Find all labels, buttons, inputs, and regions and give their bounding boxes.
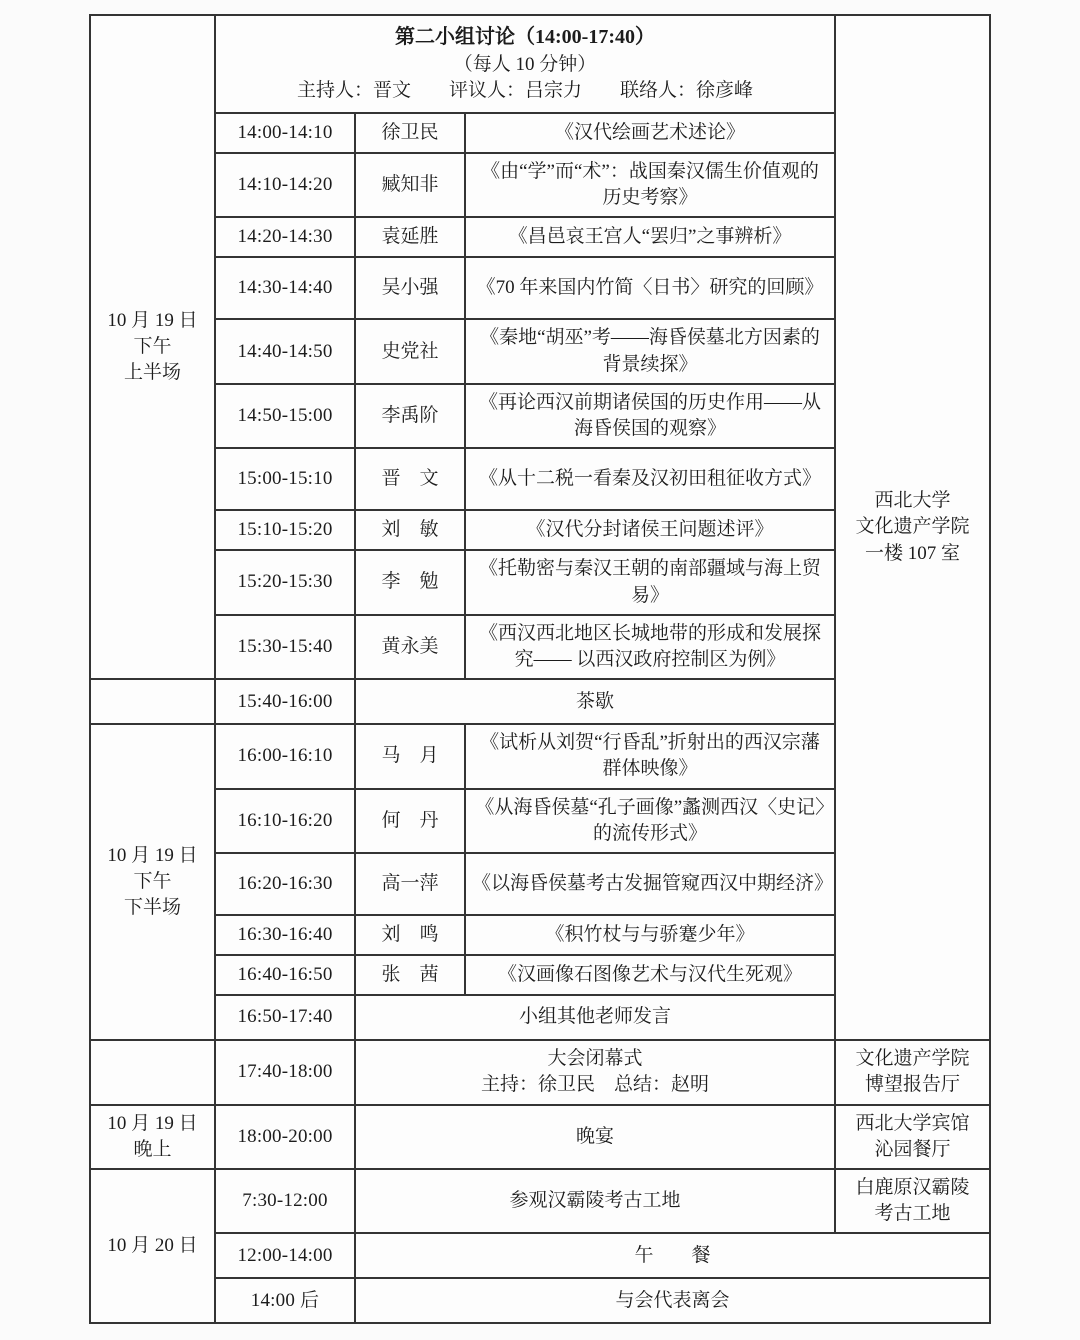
location-cell-main: 西北大学 文化遗产学院 一楼 107 室 — [835, 15, 990, 1040]
date-cell-empty — [90, 679, 215, 724]
talk-title-cell: 《西汉西北地区长城地带的形成和发展探究—— 以西汉政府控制区为例》 — [465, 615, 835, 679]
talk-title-cell: 《汉画像石图像艺术与汉代生死观》 — [465, 955, 835, 995]
time-cell: 15:40-16:00 — [215, 679, 355, 724]
closing-row: 17:40-18:00 大会闭幕式 主持：徐卫民 总结：赵明 文化遗产学院 博望… — [90, 1040, 990, 1104]
speaker-cell: 刘 敏 — [355, 510, 465, 550]
speaker-cell: 李禹阶 — [355, 384, 465, 448]
banquet-row: 10 月 19 日 晚上 18:00-20:00 晚宴 西北大学宾馆 沁园餐厅 — [90, 1105, 990, 1169]
time-cell: 14:30-14:40 — [215, 257, 355, 319]
talk-title-cell: 《积竹杖与与骄蹇少年》 — [465, 915, 835, 955]
location-cell-visit: 白鹿原汉霸陵 考古工地 — [835, 1169, 990, 1233]
visit-cell: 参观汉霸陵考古工地 — [355, 1169, 835, 1233]
time-cell: 14:40-14:50 — [215, 319, 355, 383]
date-cell-evening: 10 月 19 日 晚上 — [90, 1105, 215, 1169]
time-cell: 12:00-14:00 — [215, 1233, 355, 1278]
time-cell: 14:10-14:20 — [215, 153, 355, 217]
talk-title-cell: 《从十二税一看秦及汉初田租征收方式》 — [465, 448, 835, 510]
time-cell: 15:00-15:10 — [215, 448, 355, 510]
talk-title-cell: 《以海昏侯墓考古发掘管窥西汉中期经济》 — [465, 853, 835, 915]
document-page: 10 月 19 日 下午 上半场 第二小组讨论（14:00-17:40） （每人… — [0, 0, 1080, 1340]
speaker-cell: 黄永美 — [355, 615, 465, 679]
departure-cell: 与会代表离会 — [355, 1278, 990, 1323]
talk-title-cell: 《由“学”而“术”：战国秦汉儒生价值观的历史考察》 — [465, 153, 835, 217]
day2-visit-row: 10 月 20 日 7:30-12:00 参观汉霸陵考古工地 白鹿原汉霸陵 考古… — [90, 1169, 990, 1233]
time-cell: 15:30-15:40 — [215, 615, 355, 679]
time-cell: 15:10-15:20 — [215, 510, 355, 550]
location-cell-banquet: 西北大学宾馆 沁园餐厅 — [835, 1105, 990, 1169]
date-cell-day2: 10 月 20 日 — [90, 1169, 215, 1323]
talk-title-cell: 《汉代绘画艺术述论》 — [465, 113, 835, 153]
speaker-cell: 刘 鸣 — [355, 915, 465, 955]
banquet-cell: 晚宴 — [355, 1105, 835, 1169]
closing-hosts: 主持：徐卫民 总结：赵明 — [362, 1072, 828, 1098]
talk-title-cell: 《从海昏侯墓“孔子画像”蠡测西汉〈史记〉的流传形式》 — [465, 789, 835, 853]
time-cell: 18:00-20:00 — [215, 1105, 355, 1169]
date-cell-afternoon-1: 10 月 19 日 下午 上半场 — [90, 15, 215, 679]
time-cell: 16:40-16:50 — [215, 955, 355, 995]
time-cell: 15:20-15:30 — [215, 550, 355, 614]
speaker-cell: 吴小强 — [355, 257, 465, 319]
speaker-cell: 高一萍 — [355, 853, 465, 915]
speaker-cell: 史党社 — [355, 319, 465, 383]
speaker-cell: 袁延胜 — [355, 217, 465, 257]
lunch-cell: 午 餐 — [355, 1233, 990, 1278]
day2-departure-row: 14:00 后 与会代表离会 — [90, 1278, 990, 1323]
location-cell-closing: 文化遗产学院 博望报告厅 — [835, 1040, 990, 1104]
date-cell-empty — [90, 1040, 215, 1104]
time-cell: 17:40-18:00 — [215, 1040, 355, 1104]
date-cell-afternoon-2: 10 月 19 日 下午 下半场 — [90, 724, 215, 1040]
talk-title-cell: 《托勒密与秦汉王朝的南部疆域与海上贸易》 — [465, 550, 835, 614]
speaker-cell: 张 茜 — [355, 955, 465, 995]
talk-title-cell: 《昌邑哀王宫人“罢归”之事辨析》 — [465, 217, 835, 257]
speaker-cell: 晋 文 — [355, 448, 465, 510]
discussion-cell: 小组其他老师发言 — [355, 995, 835, 1040]
time-cell: 14:00 后 — [215, 1278, 355, 1323]
time-cell: 16:10-16:20 — [215, 789, 355, 853]
time-cell: 16:50-17:40 — [215, 995, 355, 1040]
talk-title-cell: 《试析从刘贺“行昏乱”折射出的西汉宗藩群体映像》 — [465, 724, 835, 788]
speaker-cell: 何 丹 — [355, 789, 465, 853]
speaker-cell: 马 月 — [355, 724, 465, 788]
time-cell: 16:20-16:30 — [215, 853, 355, 915]
time-cell: 14:50-15:00 — [215, 384, 355, 448]
speaker-cell: 徐卫民 — [355, 113, 465, 153]
session-header-cell: 第二小组讨论（14:00-17:40） （每人 10 分钟） 主持人：晋文 评议… — [215, 15, 835, 113]
talk-title-cell: 《70 年来国内竹简〈日书〉研究的回顾》 — [465, 257, 835, 319]
schedule-table: 10 月 19 日 下午 上半场 第二小组讨论（14:00-17:40） （每人… — [89, 14, 991, 1324]
time-cell: 16:30-16:40 — [215, 915, 355, 955]
talk-title-cell: 《再论西汉前期诸侯国的历史作用——从海昏侯国的观察》 — [465, 384, 835, 448]
session-title: 第二小组讨论（14:00-17:40） — [222, 24, 828, 52]
closing-title: 大会闭幕式 — [362, 1046, 828, 1072]
talk-title-cell: 《秦地“胡巫”考——海昏侯墓北方因素的背景续探》 — [465, 319, 835, 383]
time-cell: 14:20-14:30 — [215, 217, 355, 257]
day2-lunch-row: 12:00-14:00 午 餐 — [90, 1233, 990, 1278]
talk-title-cell: 《汉代分封诸侯王问题述评》 — [465, 510, 835, 550]
session-roles: 主持人：晋文 评议人：吕宗力 联络人：徐彦峰 — [222, 78, 828, 104]
session-header-row: 10 月 19 日 下午 上半场 第二小组讨论（14:00-17:40） （每人… — [90, 15, 990, 113]
time-cell: 16:00-16:10 — [215, 724, 355, 788]
session-subtitle: （每人 10 分钟） — [222, 52, 828, 78]
time-cell: 7:30-12:00 — [215, 1169, 355, 1233]
speaker-cell: 李 勉 — [355, 550, 465, 614]
speaker-cell: 臧知非 — [355, 153, 465, 217]
closing-cell: 大会闭幕式 主持：徐卫民 总结：赵明 — [355, 1040, 835, 1104]
time-cell: 14:00-14:10 — [215, 113, 355, 153]
tea-break-cell: 茶歇 — [355, 679, 835, 724]
